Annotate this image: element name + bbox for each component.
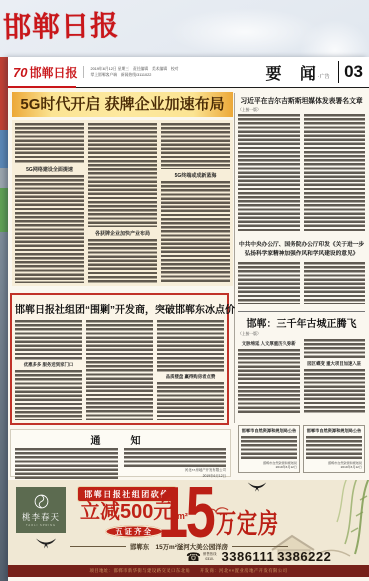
real-estate-ad: 桃李春天 TAOLI SPRING 邯郸日报社组团砍价 立减500元 /m² 五… xyxy=(8,480,369,565)
page-number: 03 xyxy=(344,62,363,82)
text-column xyxy=(304,114,366,232)
body-text xyxy=(304,369,366,413)
body-text xyxy=(15,123,84,163)
official-notices: 邯郸市自然资源和规划局公告 邯郸市自然资源和规划局 2019年6月12日 邯郸市… xyxy=(238,425,365,473)
phone-number-2: 3386222 xyxy=(277,549,331,564)
subhead: 园区蝶变 重大项目加速入驻 xyxy=(304,361,366,367)
subhead: 文脉绵延 人文厚重历久弥新 xyxy=(238,341,300,347)
notice-article: 通 知 河北××房地产开发有限公司 2019年6月12日 xyxy=(10,429,231,477)
section-title: 要 闻 xyxy=(265,61,322,84)
logo-underline xyxy=(8,86,76,88)
text-column xyxy=(86,320,153,420)
body-text xyxy=(15,320,82,360)
phone-area-code: 0310- xyxy=(205,557,214,561)
notice-box-title: 邯郸市自然资源和规划局公告 xyxy=(241,428,297,434)
edge-strip xyxy=(0,188,8,232)
phone-icon: ☎ xyxy=(186,550,201,564)
brand-emblem-icon xyxy=(34,494,49,509)
subhead: 5G终端或成新蓝海 xyxy=(161,172,230,179)
headline-ancient-city: 邯郸：三千年古城正腾飞 xyxy=(238,315,365,330)
text-column: 文脉绵延 人文厚重历久弥新 xyxy=(238,339,300,413)
subhead: 各获牌企业加快产业布局 xyxy=(88,230,157,237)
text-column xyxy=(15,448,118,479)
notice-title: 通 知 xyxy=(15,432,226,447)
text-column: 5G网络建设全面提速 xyxy=(15,123,84,283)
text-column: 河北××房地产开发有限公司 2019年6月12日 xyxy=(124,448,227,479)
body-text xyxy=(15,448,118,479)
notice-date: 2019年6月12日 xyxy=(241,465,297,470)
text-column xyxy=(238,114,300,232)
headline-signed-article: 习近平在吉尔吉斯斯坦媒体发表署名文章 xyxy=(238,95,365,105)
text-column: 品质楼盘 赢得购房者点赞 xyxy=(157,320,224,420)
notice-body: 河北××房地产开发有限公司 2019年6月12日 xyxy=(15,448,226,479)
subhead: 优惠多多 服务送到家门口 xyxy=(15,362,82,368)
body-text xyxy=(238,262,300,304)
body-text xyxy=(15,175,84,283)
text-column: 优惠多多 服务送到家门口 xyxy=(15,320,82,420)
anniversary-70-logo: 70 xyxy=(13,65,27,80)
notice-date: 2019年6月12日 xyxy=(124,474,227,479)
boxed-article-body: 优惠多多 服务送到家门口 品质楼盘 赢得购房者点赞 xyxy=(15,320,224,420)
body-text xyxy=(238,349,300,413)
sales-phone: ☎ 销售热线 0310- 3386111 3386222 xyxy=(186,549,331,564)
body-text xyxy=(241,436,297,459)
text-column: 5G终端或成新蓝海 xyxy=(161,123,230,283)
body-text xyxy=(124,448,227,468)
body-text xyxy=(238,114,300,232)
notice-box: 邯郸市自然资源和规划局公告 邯郸市自然资源和规划局 2019年6月12日 xyxy=(303,425,365,473)
notice-date: 2019年6月12日 xyxy=(306,465,362,470)
ancient-city-article: 邯郸：三千年古城正腾飞 （上接一版） 文脉绵延 人文厚重历久弥新 园区蝶变 重大… xyxy=(238,311,365,413)
column-rule xyxy=(234,93,235,423)
text-column xyxy=(238,262,300,304)
phone-number-1: 3386111 xyxy=(222,549,275,564)
header-divider xyxy=(338,61,340,83)
edge-strip xyxy=(0,130,8,168)
notice-box-title: 邯郸市自然资源和规划局公告 xyxy=(306,428,362,434)
newspaper-page: 70 邯郸日报 2019年6月12日 星期三 责任编辑 美术编辑 校对 掌上邯郸… xyxy=(8,57,369,581)
masthead-title: 邯郸日报 xyxy=(3,4,120,46)
body-text xyxy=(157,320,224,372)
paper-logo-text: 邯郸日报 xyxy=(29,64,77,81)
price-headline: 15 万定房 xyxy=(158,484,279,543)
body-text xyxy=(161,181,230,283)
headline-directive: 中共中央办公厅、国务院办公厅印发《关于进一步 弘扬科学家精神加强作风和学风建设的… xyxy=(238,241,365,259)
body-text xyxy=(304,114,366,232)
byline: （上接一版） xyxy=(238,108,365,113)
edge-strip xyxy=(0,168,8,188)
edge-strip xyxy=(0,57,8,130)
body-text xyxy=(304,262,366,304)
phone-label: 销售热线 xyxy=(203,552,217,556)
paper-logo: 70 邯郸日报 xyxy=(13,64,77,81)
brand-name-latin: TAOLI SPRING xyxy=(26,524,56,527)
body-text xyxy=(15,370,82,420)
subhead: 品质楼盘 赢得购房者点赞 xyxy=(157,374,224,380)
newspaper-photo: 邯郸日报 70 邯郸日报 2019年6月12日 星期三 责任编辑 美术编辑 校对… xyxy=(0,0,369,581)
article-5g-body: 5G网络建设全面提速 各获牌企业加快产业布局 5G终端或成新蓝海 xyxy=(12,120,233,286)
headline-line1: 中共中央办公厅、国务院办公厅印发《关于进一步 xyxy=(238,241,365,250)
photo-edge-pages xyxy=(0,57,8,581)
tagline-rule xyxy=(232,546,288,547)
ad-address-bar: 项目地址：邯郸市新华街与建设路交叉口东北角 开发商：河北××置业房地产开发有限公… xyxy=(8,565,369,577)
brand-name: 桃李春天 xyxy=(22,511,60,523)
boxed-article: 邯郸日报社组团“围剿”开发商，突破邯郸东冰点价 优惠多多 服务送到家门口 品质楼… xyxy=(10,293,229,425)
text-column xyxy=(304,262,366,304)
price-number: 15 xyxy=(158,484,214,543)
body-text xyxy=(304,339,366,359)
body-text xyxy=(306,436,362,459)
left-column: 5G时代开启 获牌企业加速布局 5G网络建设全面提速 各获牌企业加快产业布局 5… xyxy=(12,92,233,286)
right-column: 习近平在吉尔吉斯斯坦媒体发表署名文章 （上接一版） 中共中央办公厅、国务院办公厅… xyxy=(238,95,365,413)
body-text xyxy=(157,382,224,420)
body-text xyxy=(161,123,230,169)
price-suffix: 万定房 xyxy=(216,502,279,541)
swallow-icon xyxy=(34,538,58,551)
edition-meta: 2019年6月12日 星期三 责任编辑 美术编辑 校对 掌上邯郸客户端 新闻热线… xyxy=(83,66,178,79)
phone-label-block: 销售热线 0310- xyxy=(203,552,217,562)
body-text xyxy=(86,320,153,420)
edition-meta-line2: 掌上邯郸客户端 新闻热线/3111022 xyxy=(90,72,178,78)
headline-line2: 弘扬科学家精神加强作风和学风建设的意见》 xyxy=(238,250,365,259)
edge-strip xyxy=(0,232,8,581)
subhead: 5G网络建设全面提速 xyxy=(15,166,84,173)
body-text xyxy=(88,239,157,283)
background-highlight xyxy=(170,8,320,56)
body-text xyxy=(88,123,157,227)
article-body: 文脉绵延 人文厚重历久弥新 园区蝶变 重大项目加速入驻 xyxy=(238,339,365,413)
section-suffix: ·广告 xyxy=(318,73,330,80)
headline-boxed-article: 邯郸日报社组团“围剿”开发商，突破邯郸东冰点价 xyxy=(15,301,224,316)
tagline-rule xyxy=(70,546,126,547)
brand-logo: 桃李春天 TAOLI SPRING xyxy=(16,487,66,533)
byline: （上接一版） xyxy=(238,332,365,337)
notice-box: 邯郸市自然资源和规划局公告 邯郸市自然资源和规划局 2019年6月12日 xyxy=(238,425,300,473)
article-body xyxy=(238,114,365,232)
article-body xyxy=(238,262,365,304)
text-column: 园区蝶变 重大项目加速入驻 xyxy=(304,339,366,413)
text-column: 各获牌企业加快产业布局 xyxy=(88,123,157,283)
headline-5g: 5G时代开启 获牌企业加速布局 xyxy=(12,92,233,117)
page-header: 70 邯郸日报 2019年6月12日 星期三 责任编辑 美术编辑 校对 掌上邯郸… xyxy=(8,57,369,88)
certificates-badge: 五证齐全 xyxy=(105,525,163,538)
